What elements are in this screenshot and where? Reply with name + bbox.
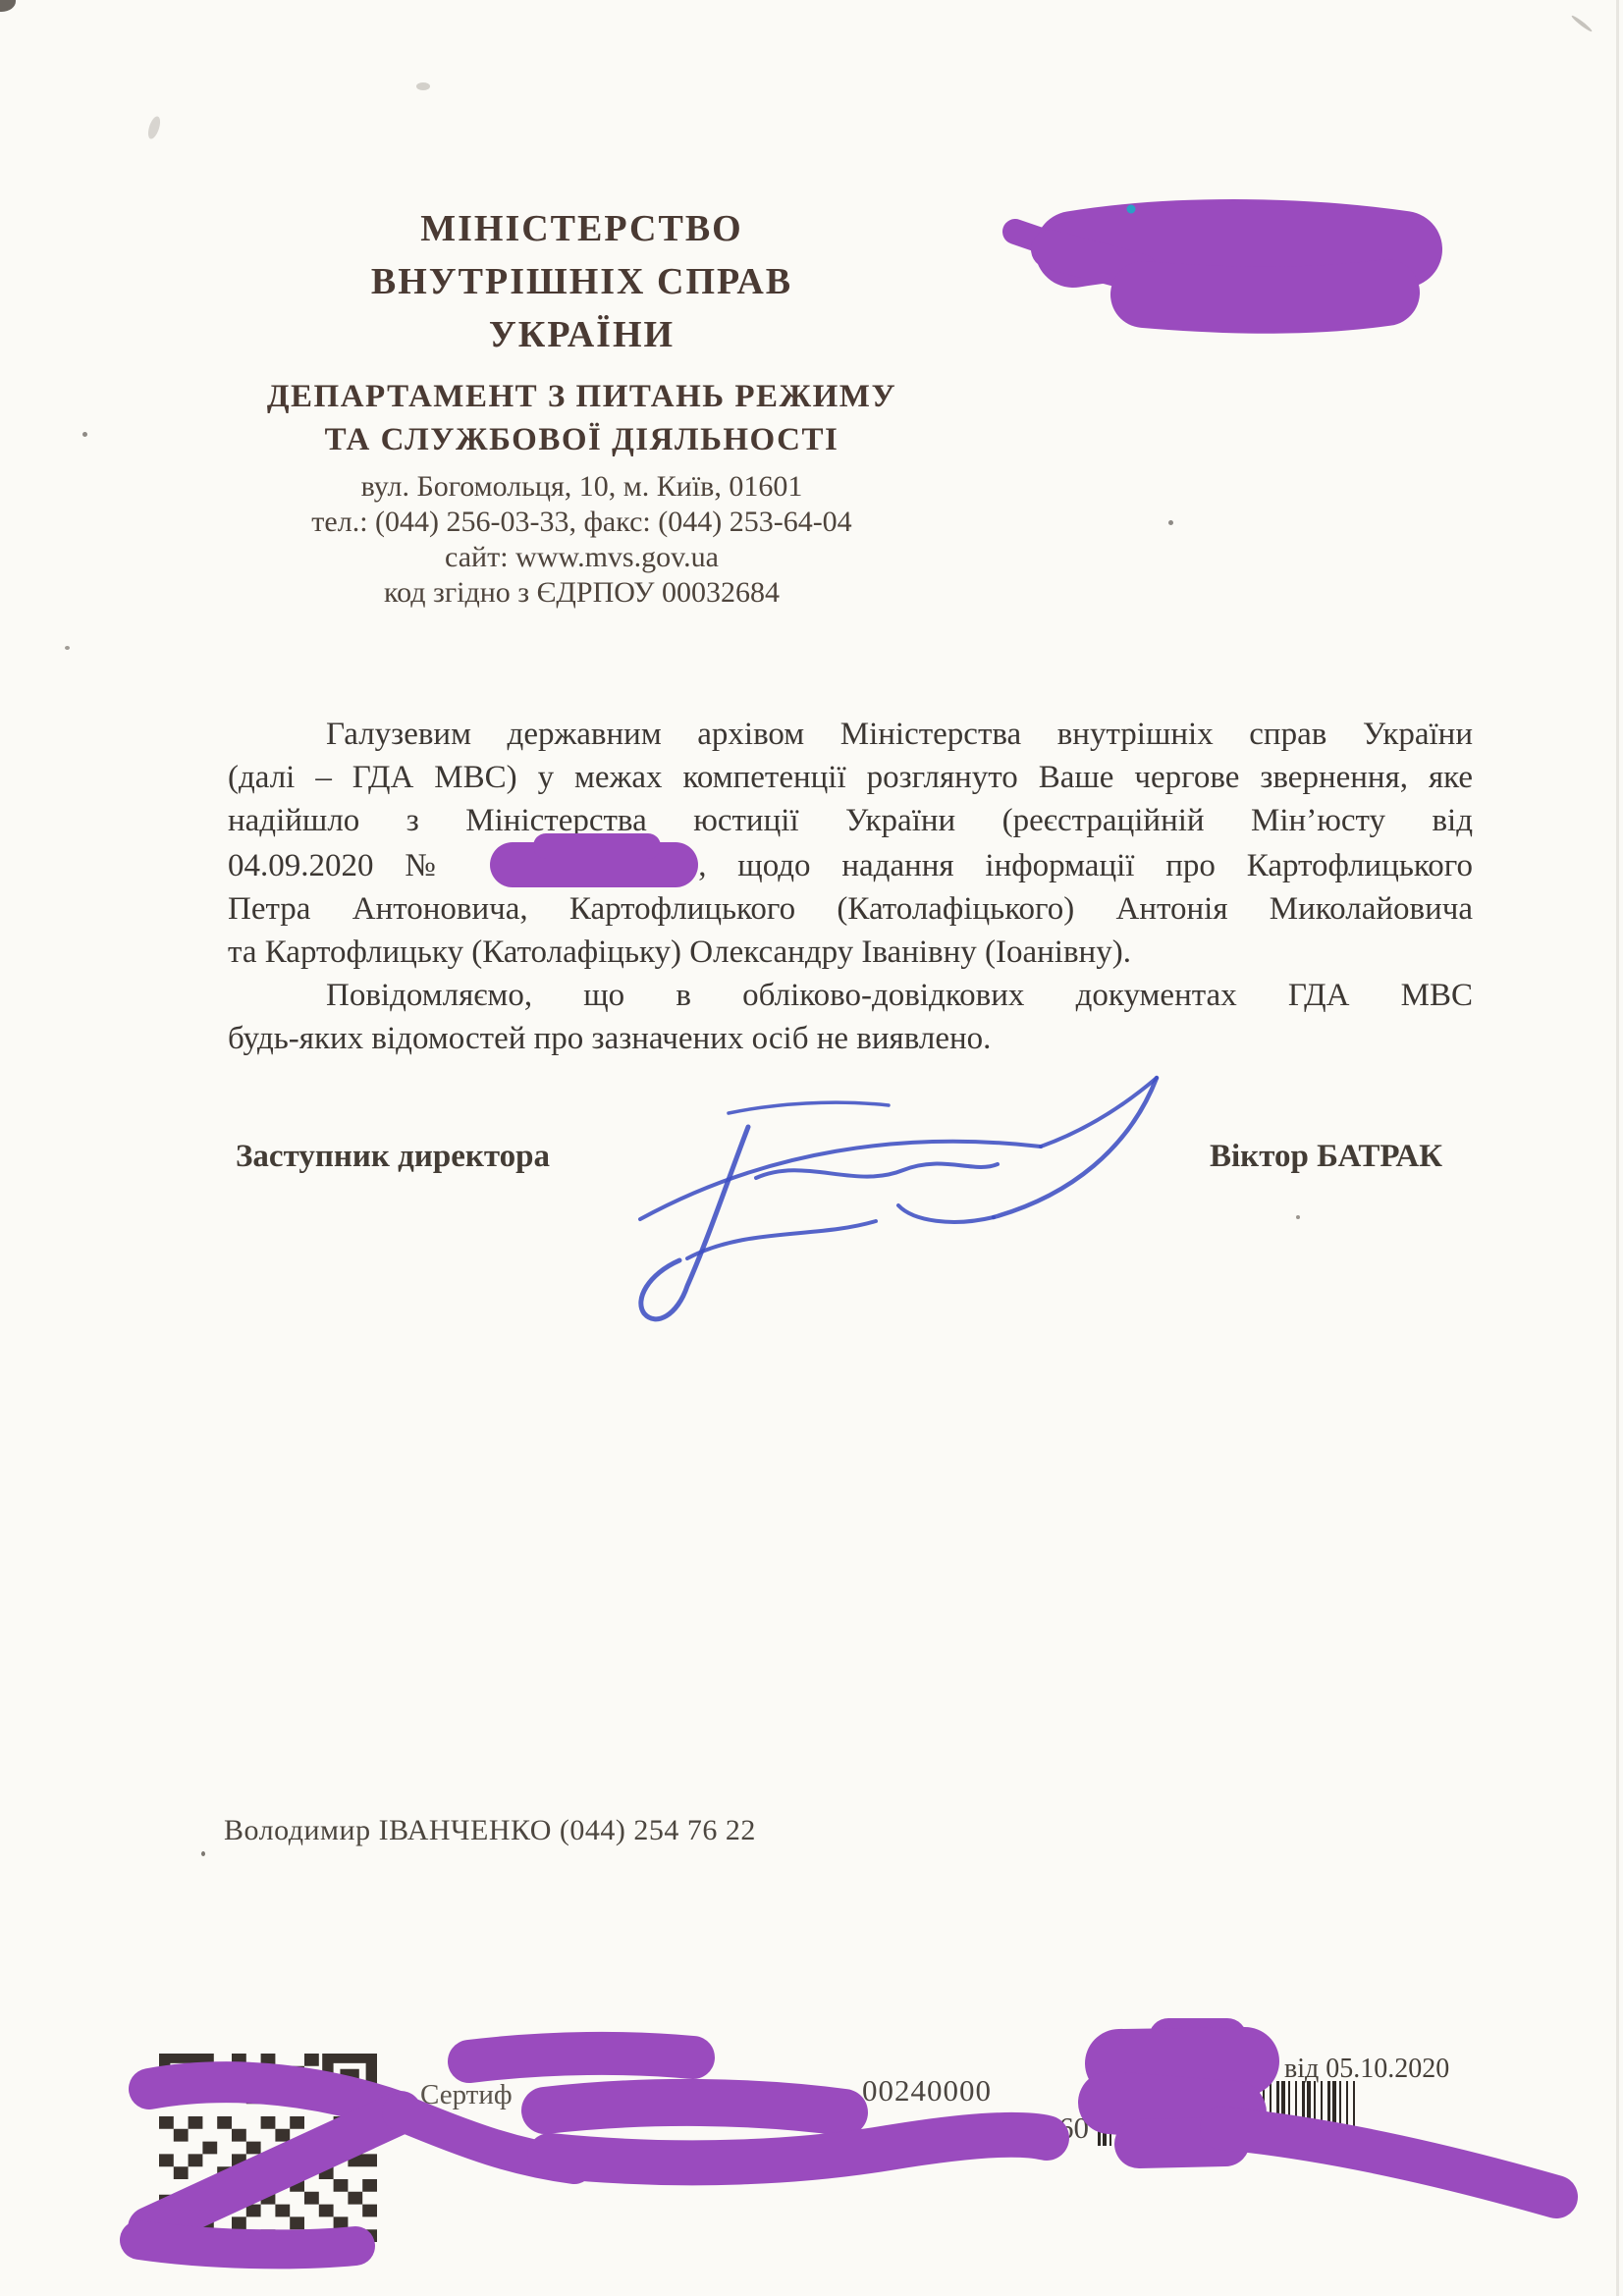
department-name-line: ТА СЛУЖБОВОЇ ДІЯЛЬНОСТІ — [137, 418, 1026, 461]
scan-speck — [65, 646, 70, 650]
qr-code — [159, 2054, 377, 2242]
body-line: Галузевим державним архівом Міністерства… — [228, 713, 1473, 756]
address-line: вул. Богомольця, 10, м. Київ, 01601 — [137, 469, 1026, 505]
scanned-letter-page: МІНІСТЕРСТВО ВНУТРІШНІХ СПРАВ УКРАЇНИ ДЕ… — [0, 0, 1623, 2296]
scan-speck — [201, 1851, 205, 1856]
website-line: сайт: www.mvs.gov.ua — [137, 540, 1026, 575]
scan-edge-shadow — [1616, 0, 1619, 2296]
redaction-mark-top-right — [1015, 232, 1404, 300]
body-line: надійшло з Міністерства юстиції України … — [228, 799, 1473, 842]
body-line: та Картофлицьку (Католафіцьку) Олександр… — [228, 931, 1473, 974]
ministry-name-line: ВНУТРІШНІХ СПРАВ — [137, 255, 1026, 308]
body-line: Повідомляємо, що в обліково-довідкових д… — [228, 974, 1473, 1017]
scan-speck — [146, 115, 163, 140]
scan-speck — [82, 432, 87, 437]
scan-corner-mark — [0, 0, 16, 12]
body-line: будь-яких відомостей про зазначених осіб… — [228, 1017, 1473, 1060]
document-number-fragment: 00240000 — [862, 2073, 992, 2109]
ministry-name-line: МІНІСТЕРСТВО — [137, 202, 1026, 255]
body-line-text: , щодо надання інформації про Картофлиць… — [698, 848, 1473, 883]
edrpou-line: код згідно з ЄДРПОУ 00032684 — [137, 575, 1026, 611]
certificate-text-fragment: Сертиф — [420, 2079, 513, 2111]
scan-speck — [1168, 520, 1173, 525]
body-line: 04.09.2020 № , щодо надання інформації п… — [228, 842, 1473, 887]
handwritten-signature — [640, 1078, 1157, 1319]
ministry-name-line: УКРАЇНИ — [137, 308, 1026, 361]
stamp-ink-speck — [1127, 205, 1136, 214]
executor-contact-line: Володимир ІВАНЧЕНКО (044) 254 76 22 — [224, 1814, 756, 1847]
letter-body: Галузевим державним архівом Міністерства… — [228, 713, 1473, 1060]
document-number-fragment: 60 — [1058, 2110, 1089, 2146]
scan-speck — [1296, 1215, 1300, 1219]
registration-date-fragment: від 05.10.2020 — [1284, 2054, 1449, 2085]
scan-speck — [416, 82, 430, 90]
signer-name: Віктор БАТРАК — [1210, 1139, 1442, 1175]
letterhead: МІНІСТЕРСТВО ВНУТРІШНІХ СПРАВ УКРАЇНИ ДЕ… — [137, 202, 1026, 611]
body-line: (далі – ГДА МВС) у межах компетенції роз… — [228, 756, 1473, 799]
scan-speck — [1571, 14, 1594, 32]
department-name-line: ДЕПАРТАМЕНТ З ПИТАНЬ РЕЖИМУ — [137, 375, 1026, 418]
signer-position-title: Заступник директора — [236, 1139, 550, 1175]
redaction-mark-inline — [490, 842, 698, 887]
body-line: Петра Антоновича, Картофлицького (Катола… — [228, 887, 1473, 931]
phone-fax-line: тел.: (044) 256-03-33, факс: (044) 253-6… — [137, 505, 1026, 540]
body-line-text: 04.09.2020 № — [228, 848, 459, 883]
barcode — [1098, 2081, 1355, 2146]
